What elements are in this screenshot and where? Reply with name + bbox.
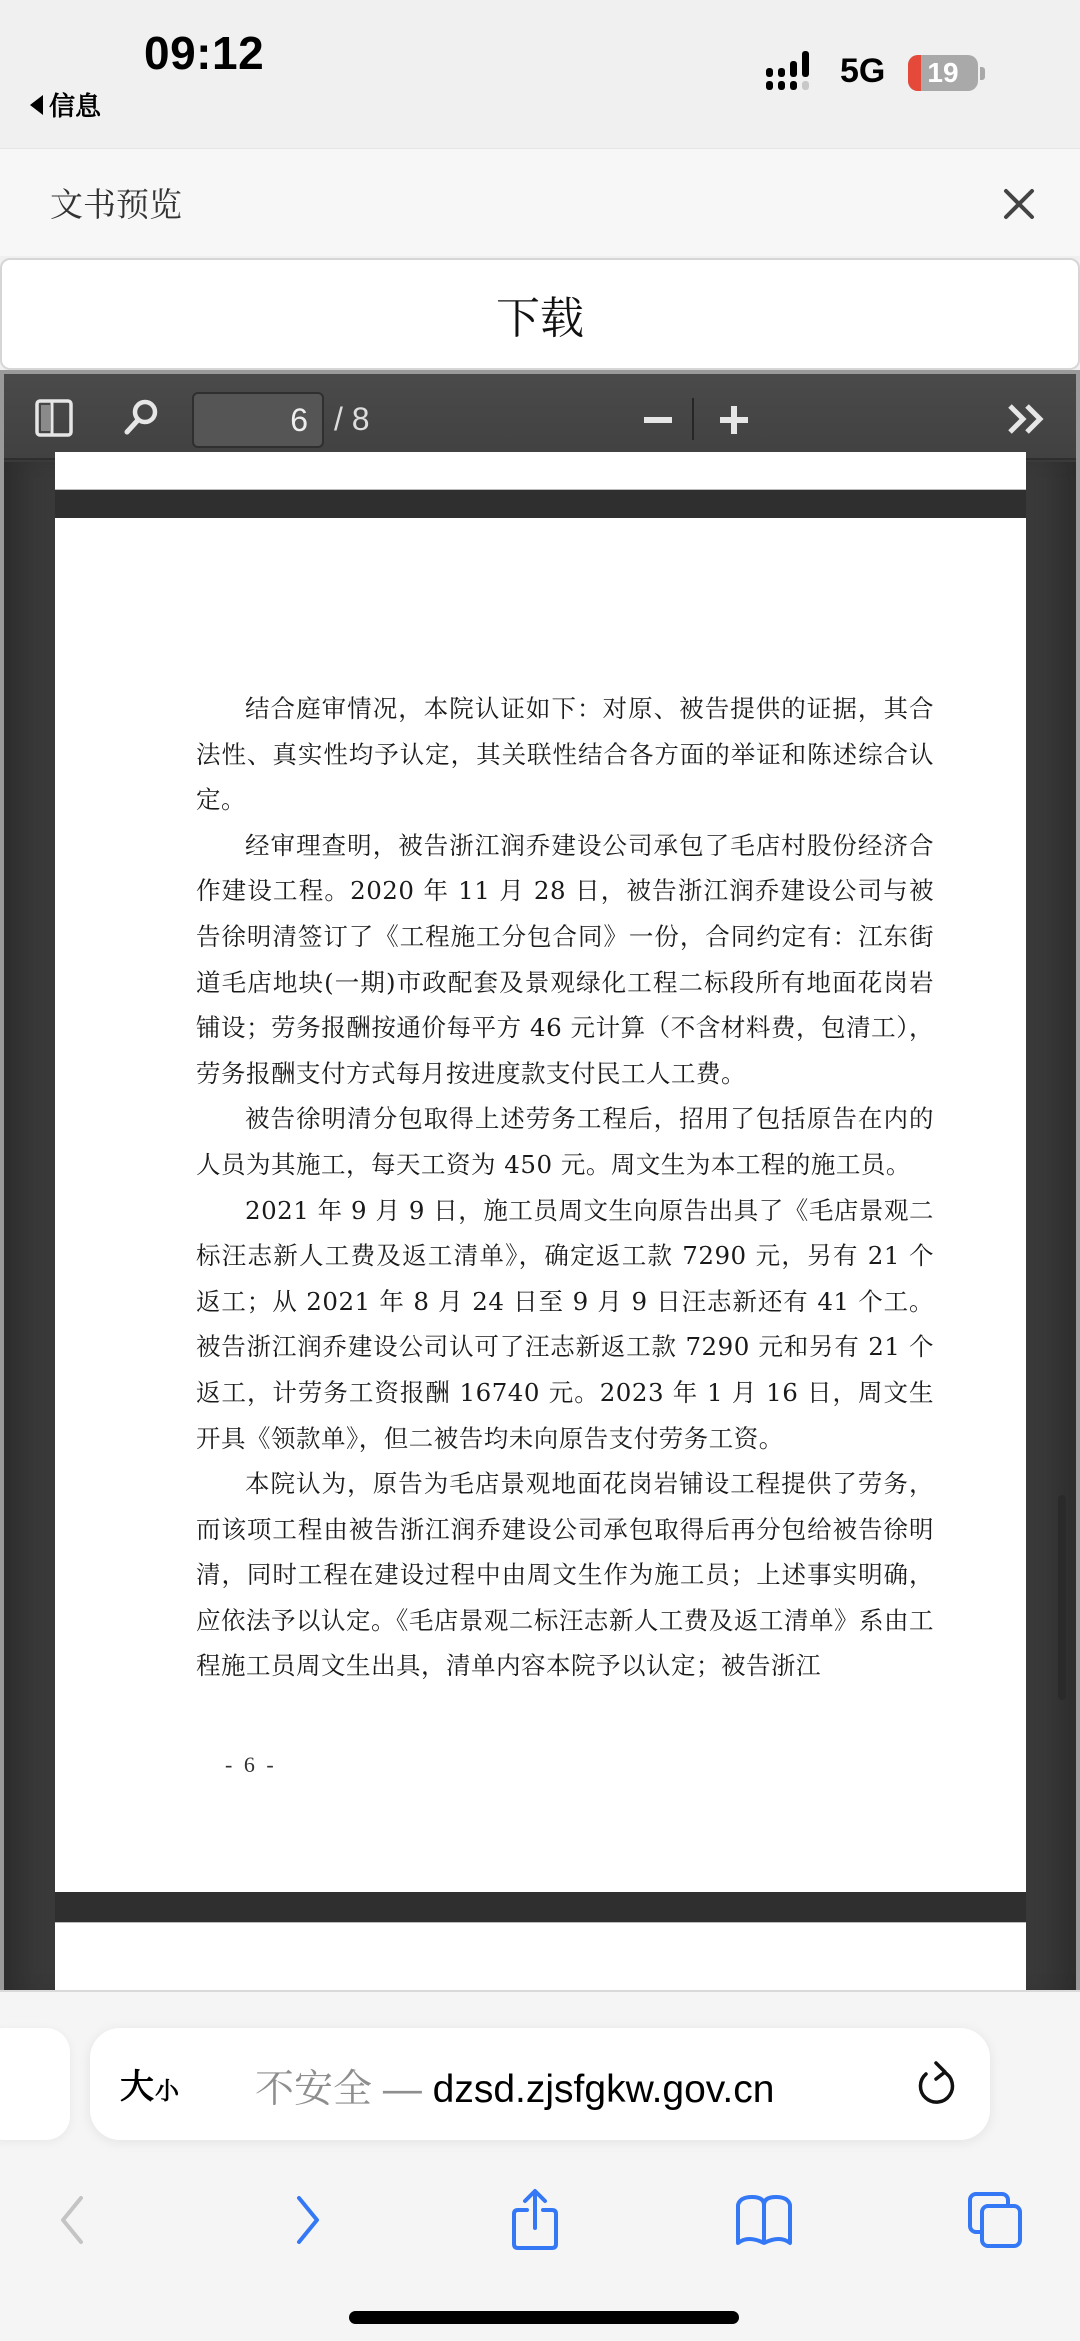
pdf-viewer-frame: 6 / 8 xyxy=(4,374,1076,1990)
security-warning: 不安全 — xyxy=(255,2068,433,2111)
text-size-big: 大 xyxy=(120,2059,154,2108)
book-icon xyxy=(733,2193,795,2247)
page-gap xyxy=(55,490,1026,518)
url-display[interactable]: 不安全 — dzsd.zjsfgkw.gov.cn xyxy=(255,2058,774,2114)
network-type: 5G xyxy=(840,52,885,91)
share-icon xyxy=(510,2188,560,2252)
previous-page xyxy=(55,452,1026,490)
page-gap xyxy=(55,1892,1026,1922)
share-button[interactable] xyxy=(495,2180,575,2260)
page-number-input[interactable]: 6 xyxy=(192,392,324,448)
pdf-toolbar: 6 / 8 xyxy=(4,374,1076,460)
tabs-icon xyxy=(966,2190,1024,2250)
double-chevron-right-icon xyxy=(1007,403,1047,435)
paragraph: 2021 年 9 月 9 日，施工员周文生向原告出具了《毛店景观二标汪志新人工费… xyxy=(196,1188,934,1462)
browser-bottom-bar: 大 小 不安全 — dzsd.zjsfgkw.gov.cn xyxy=(0,1990,1080,2341)
chevron-right-icon xyxy=(293,2195,323,2245)
forward-button[interactable] xyxy=(268,2180,348,2260)
back-triangle-icon xyxy=(30,95,43,115)
battery-level xyxy=(908,55,921,91)
page-total: / 8 xyxy=(334,394,370,444)
browser-toolbar xyxy=(0,2180,1080,2270)
document-preview-header: 文书预览 xyxy=(0,148,1080,256)
home-indicator[interactable] xyxy=(349,2311,739,2324)
reload-icon xyxy=(914,2060,958,2108)
back-to-app-label: 信息 xyxy=(49,86,101,123)
sidebar-toggle-icon xyxy=(35,399,73,437)
next-page xyxy=(55,1922,1026,1990)
zoom-out-button[interactable] xyxy=(636,400,680,440)
chevron-left-icon xyxy=(57,2195,87,2245)
toolbar-divider xyxy=(692,398,694,440)
paragraph: 经审理查明，被告浙江润乔建设公司承包了毛店村股份经济合作建设工程。2020 年 … xyxy=(196,823,934,1097)
close-icon xyxy=(1002,187,1036,221)
bookmarks-button[interactable] xyxy=(724,2180,804,2260)
cellular-signal-icon xyxy=(766,54,809,90)
current-page: 结合庭审情况，本院认证如下：对原、被告提供的证据，其合法性、真实性均予认定，其关… xyxy=(55,518,1026,1892)
back-button[interactable] xyxy=(32,2180,112,2260)
page-footer-number: - 6 - xyxy=(225,1752,277,1778)
vertical-scrollbar[interactable] xyxy=(1058,1495,1066,1700)
url-domain: dzsd.zjsfgkw.gov.cn xyxy=(433,2068,775,2111)
status-time: 09:12 xyxy=(144,26,264,80)
download-button[interactable]: 下载 xyxy=(0,258,1080,370)
search-icon xyxy=(122,398,160,436)
zoom-in-button[interactable] xyxy=(712,398,756,442)
paragraph: 本院认为，原告为毛店景观地面花岗岩铺设工程提供了劳务，而该项工程由被告浙江润乔建… xyxy=(196,1461,934,1689)
sidebar-toggle-button[interactable] xyxy=(34,398,74,438)
battery-icon: 19 xyxy=(908,55,978,91)
close-button[interactable] xyxy=(996,181,1042,227)
paragraph: 结合庭审情况，本院认证如下：对原、被告提供的证据，其合法性、真实性均予认定，其关… xyxy=(196,686,934,823)
pdf-viewer: 6 / 8 xyxy=(0,370,1080,1990)
document-body: 结合庭审情况，本院认证如下：对原、被告提供的证据，其合法性、真实性均予认定，其关… xyxy=(196,686,934,1689)
battery-cap xyxy=(980,67,985,80)
page-title: 文书预览 xyxy=(50,179,182,226)
address-bar[interactable]: 大 小 不安全 — dzsd.zjsfgkw.gov.cn xyxy=(90,2028,990,2140)
status-bar: 09:12 信息 5G 19 xyxy=(0,0,1080,148)
reload-button[interactable] xyxy=(910,2058,962,2110)
back-to-app-button[interactable]: 信息 xyxy=(30,86,101,123)
paragraph: 被告徐明清分包取得上述劳务工程后，招用了包括原告在内的人员为其施工，每天工资为 … xyxy=(196,1096,934,1187)
pages-scroll-area[interactable]: 结合庭审情况，本院认证如下：对原、被告提供的证据，其合法性、真实性均予认定，其关… xyxy=(4,462,1076,1990)
page-settings-button[interactable]: 大 小 xyxy=(120,2058,179,2108)
plus-icon xyxy=(720,406,748,434)
previous-tab-card[interactable] xyxy=(0,2028,70,2140)
screen: 09:12 信息 5G 19 文书预览 下载 xyxy=(0,0,1080,2341)
tools-menu-button[interactable] xyxy=(1004,398,1050,440)
battery-percent: 19 xyxy=(927,57,958,89)
tabs-button[interactable] xyxy=(955,2180,1035,2260)
text-size-small: 小 xyxy=(155,2071,179,2106)
find-in-document-button[interactable] xyxy=(120,396,162,438)
minus-icon xyxy=(644,416,672,424)
